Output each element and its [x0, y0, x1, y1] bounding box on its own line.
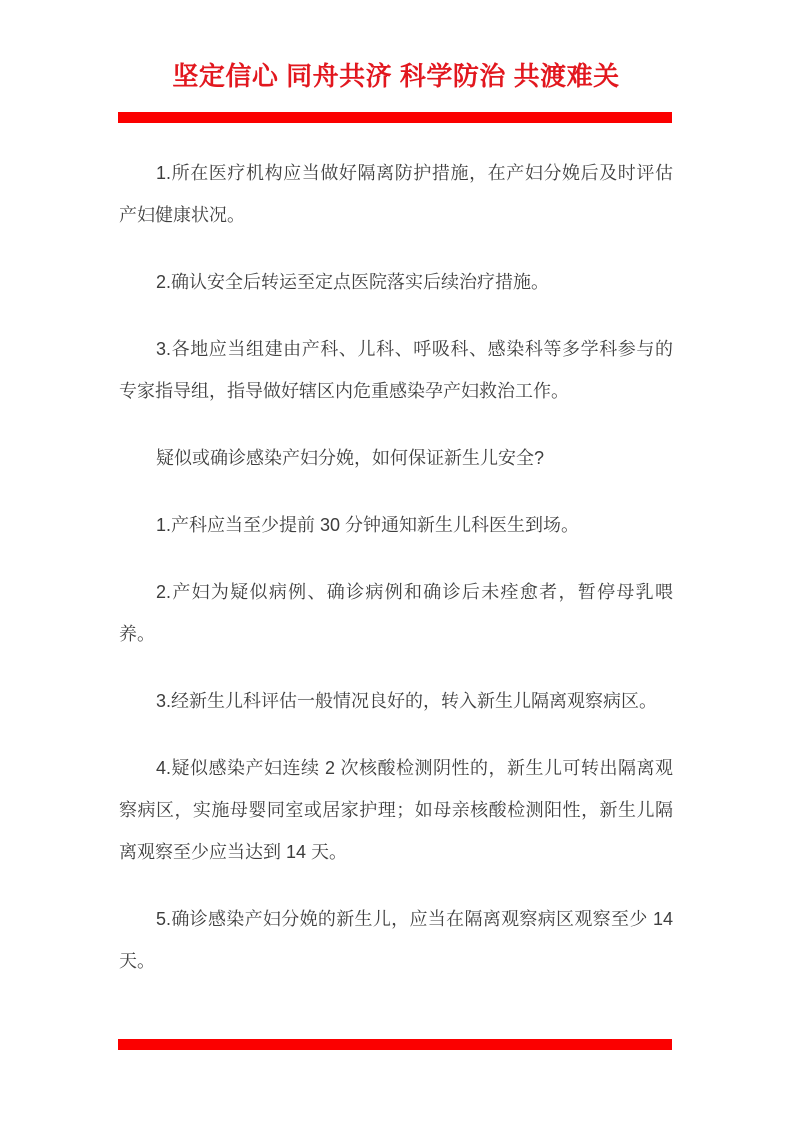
- paragraph: 疑似或确诊感染产妇分娩，如何保证新生儿安全?: [119, 437, 673, 479]
- paragraph: 3.各地应当组建由产科、儿科、呼吸科、感染科等多学科参与的专家指导组，指导做好辖…: [119, 328, 673, 412]
- paragraph: 1.所在医疗机构应当做好隔离防护措施，在产妇分娩后及时评估产妇健康状况。: [119, 152, 673, 236]
- paragraph: 2.产妇为疑似病例、确诊病例和确诊后未痊愈者，暂停母乳喂养。: [119, 571, 673, 655]
- paragraph: 3.经新生儿科评估一般情况良好的，转入新生儿隔离观察病区。: [119, 680, 673, 722]
- paragraph: 1.产科应当至少提前 30 分钟通知新生儿科医生到场。: [119, 504, 673, 546]
- document-page: 坚定信心 同舟共济 科学防治 共渡难关 1.所在医疗机构应当做好隔离防护措施，在…: [0, 0, 793, 1122]
- paragraph: 2.确认安全后转运至定点医院落实后续治疗措施。: [119, 261, 673, 303]
- paragraph: 4.疑似感染产妇连续 2 次核酸检测阴性的，新生儿可转出隔离观察病区，实施母婴同…: [119, 747, 673, 873]
- top-divider-bar: [118, 112, 672, 123]
- bottom-divider-bar: [118, 1039, 672, 1050]
- document-title: 坚定信心 同舟共济 科学防治 共渡难关: [119, 56, 673, 93]
- document-body: 1.所在医疗机构应当做好隔离防护措施，在产妇分娩后及时评估产妇健康状况。 2.确…: [119, 152, 673, 1007]
- paragraph: 5.确诊感染产妇分娩的新生儿，应当在隔离观察病区观察至少 14 天。: [119, 898, 673, 982]
